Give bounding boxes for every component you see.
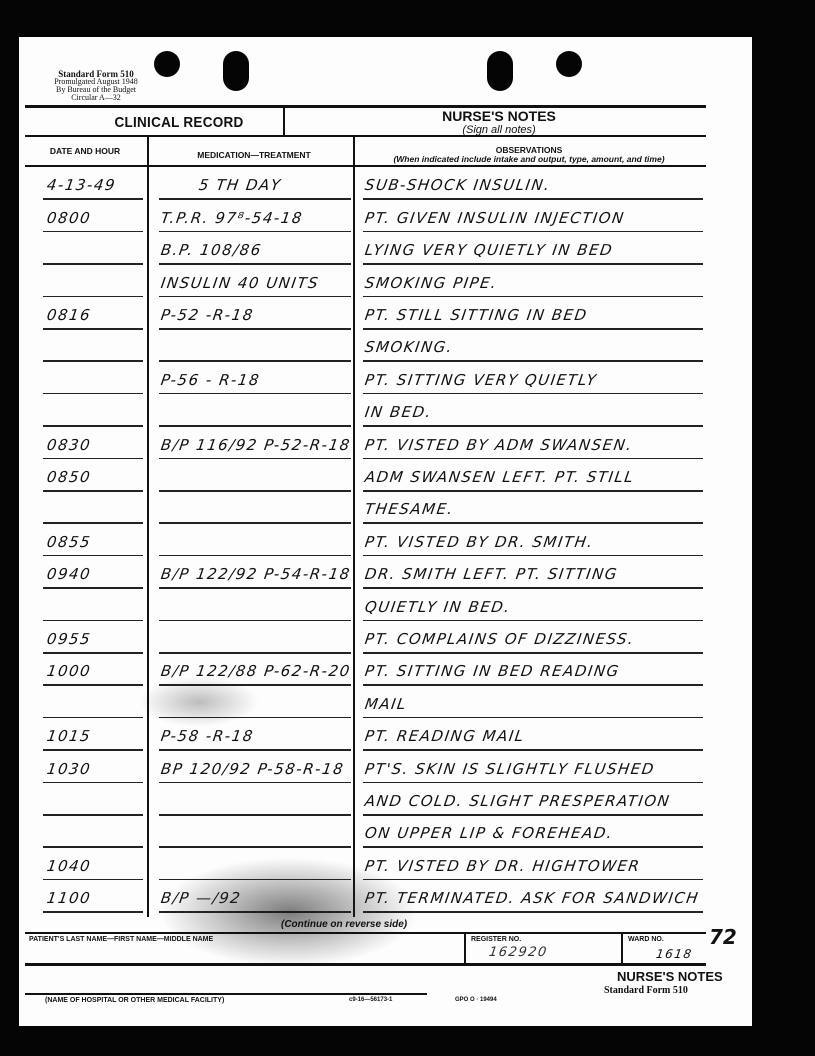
footer-mid-rule <box>25 963 706 966</box>
form-identifier: Standard Form 510 Promulgated August 194… <box>41 70 151 102</box>
row-rule <box>43 328 143 330</box>
row-observation: PT. SITTING IN BED READING <box>364 662 621 680</box>
row-rule <box>43 652 143 654</box>
row-observation: PT. VISTED BY DR. SMITH. <box>364 533 595 551</box>
row-rule <box>159 231 351 233</box>
row-rule <box>159 814 351 816</box>
row-observation: PT. COMPLAINS OF DIZZINESS. <box>364 630 636 648</box>
row-rule <box>43 684 143 686</box>
row-rule <box>43 393 143 395</box>
row-rule <box>43 587 143 589</box>
row-time: 0830 <box>46 436 93 454</box>
row-rule <box>43 846 143 848</box>
row-rule <box>159 749 351 751</box>
row-rule <box>363 360 703 362</box>
row-observation: PT. GIVEN INSULIN INJECTION <box>364 209 626 227</box>
header-divider <box>283 106 285 137</box>
row-medication: B/P 116/92 P-52-R-18 <box>160 436 352 454</box>
row-rule <box>159 587 351 589</box>
hospital-label: (NAME OF HOSPITAL OR OTHER MEDICAL FACIL… <box>45 997 224 1004</box>
row-rule <box>159 425 351 427</box>
row-observation: SMOKING. <box>364 338 455 356</box>
row-rule <box>43 782 143 784</box>
row-observation: SUB-SHOCK INSULIN. <box>364 176 552 194</box>
row-rule <box>363 393 703 395</box>
row-rule <box>159 846 351 848</box>
row-rule <box>363 522 703 524</box>
ward-value: 1618 <box>655 947 694 961</box>
observations-note: (When indicated include intake and outpu… <box>359 155 699 164</box>
scan-smudge <box>139 677 259 727</box>
row-observation: DR. SMITH LEFT. PT. SITTING <box>364 565 620 583</box>
row-observation: SMOKING PIPE. <box>364 274 499 292</box>
row-rule <box>43 296 143 298</box>
row-rule <box>159 296 351 298</box>
row-rule <box>363 555 703 557</box>
row-observation: PT. STILL SITTING IN BED <box>364 306 589 324</box>
register-label: REGISTER NO. <box>471 936 521 943</box>
row-observation: LYING VERY QUIETLY IN BED <box>364 241 615 259</box>
row-observation: ADM SWANSEN LEFT. PT. STILL <box>364 468 636 486</box>
patient-name-label: PATIENT'S LAST NAME—FIRST NAME—MIDDLE NA… <box>29 936 213 943</box>
row-observation: PT'S. SKIN IS SLIGHTLY FLUSHED <box>364 760 656 778</box>
row-observation: AND COLD. SLIGHT PRESPERATION <box>364 792 672 810</box>
register-divider <box>464 933 466 963</box>
row-medication: P-58 -R-18 <box>160 727 255 745</box>
row-rule <box>43 879 143 881</box>
row-rule <box>159 782 351 784</box>
row-rule <box>43 555 143 557</box>
date-column-divider <box>147 137 149 917</box>
footer-form-number: Standard Form 510 <box>604 985 688 996</box>
row-medication: BP 120/92 P-58-R-18 <box>160 760 346 778</box>
row-rule <box>363 814 703 816</box>
row-medication: T.P.R. 97⁸-54-18 <box>160 209 304 227</box>
row-rule <box>363 328 703 330</box>
clinical-record-page: Standard Form 510 Promulgated August 194… <box>19 37 752 1026</box>
punch-hole-icon <box>556 51 582 77</box>
row-rule <box>159 263 351 265</box>
row-rule <box>363 425 703 427</box>
row-time: 1015 <box>46 727 93 745</box>
ward-divider <box>621 933 623 963</box>
row-observation: QUIETLY IN BED. <box>364 598 512 616</box>
circular-label: Circular A—32 <box>41 94 151 102</box>
row-rule <box>43 911 143 913</box>
row-medication: INSULIN 40 UNITS <box>160 274 321 292</box>
row-rule <box>363 263 703 265</box>
row-rule <box>159 490 351 492</box>
row-time: 0816 <box>46 306 93 324</box>
row-time: 4-13-49 <box>46 176 118 194</box>
row-observation: PT. VISTED BY ADM SWANSEN. <box>364 436 634 454</box>
row-rule <box>363 458 703 460</box>
row-rule <box>159 198 351 200</box>
row-rule <box>363 652 703 654</box>
row-observation: PT. SITTING VERY QUIETLY <box>364 371 599 389</box>
row-rule <box>159 652 351 654</box>
hospital-rule <box>25 993 427 995</box>
row-time: 0850 <box>46 468 93 486</box>
row-observation: MAIL <box>364 695 409 713</box>
row-rule <box>363 749 703 751</box>
row-rule <box>363 620 703 622</box>
observations-header: OBSERVATIONS (When indicated include int… <box>359 146 699 164</box>
row-rule <box>363 198 703 200</box>
row-rule <box>363 296 703 298</box>
row-time: 0855 <box>46 533 93 551</box>
sign-all-notes-label: (Sign all notes) <box>399 124 599 136</box>
row-observation: IN BED. <box>364 403 434 421</box>
row-time: 0940 <box>46 565 93 583</box>
row-rule <box>159 555 351 557</box>
punch-hole-icon <box>487 51 513 91</box>
row-rule <box>363 782 703 784</box>
row-time: 1030 <box>46 760 93 778</box>
row-rule <box>43 425 143 427</box>
row-rule <box>43 814 143 816</box>
gpo-code: GPO O · 19494 <box>455 997 497 1003</box>
row-time: 1000 <box>46 662 93 680</box>
row-rule <box>363 717 703 719</box>
print-code: c9-16—56173-1 <box>349 997 392 1003</box>
row-rule <box>159 360 351 362</box>
page-number: 72 <box>709 925 737 949</box>
medication-header: MEDICATION—TREATMENT <box>154 151 354 160</box>
row-rule <box>43 198 143 200</box>
scan-smudge <box>159 857 419 967</box>
row-rule <box>159 393 351 395</box>
header-bottom-rule <box>25 135 706 137</box>
row-rule <box>159 328 351 330</box>
register-value: 162920 <box>488 945 549 960</box>
row-medication: P-56 - R-18 <box>160 371 262 389</box>
row-rule <box>43 620 143 622</box>
row-medication: B.P. 108/86 <box>160 241 263 259</box>
row-observation: ON UPPER LIP & FOREHEAD. <box>364 824 615 842</box>
footer-form-name: NURSE'S NOTES <box>617 969 723 984</box>
row-medication: B/P 122/92 P-54-R-18 <box>160 565 352 583</box>
row-rule <box>43 360 143 362</box>
row-rule <box>363 846 703 848</box>
header-top-rule <box>25 105 706 108</box>
row-rule <box>43 458 143 460</box>
clinical-record-title: CLINICAL RECORD <box>89 114 269 131</box>
row-rule <box>159 620 351 622</box>
row-rule <box>159 522 351 524</box>
row-time: 1100 <box>46 889 93 907</box>
punch-hole-icon <box>223 51 249 91</box>
date-hour-header: DATE AND HOUR <box>45 147 125 156</box>
row-rule <box>43 263 143 265</box>
row-rule <box>363 684 703 686</box>
row-time: 0955 <box>46 630 93 648</box>
row-rule <box>363 587 703 589</box>
row-observation: THESAME. <box>364 500 455 518</box>
row-rule <box>43 490 143 492</box>
row-rule <box>43 749 143 751</box>
row-rule <box>363 879 703 881</box>
row-rule <box>159 458 351 460</box>
row-observation: PT. VISTED BY DR. HIGHTOWER <box>364 857 642 875</box>
row-observation: PT. READING MAIL <box>364 727 526 745</box>
punch-hole-icon <box>154 51 180 77</box>
row-rule <box>43 522 143 524</box>
row-time: 0800 <box>46 209 93 227</box>
row-rule <box>363 490 703 492</box>
ward-label: WARD NO. <box>628 936 664 943</box>
continue-note: (Continue on reverse side) <box>281 919 407 930</box>
nurses-notes-title: NURSE'S NOTES <box>399 108 599 124</box>
row-rule <box>43 717 143 719</box>
row-rule <box>363 231 703 233</box>
footer-top-rule <box>25 932 706 934</box>
medication-column-divider <box>353 137 355 917</box>
column-header-rule <box>25 165 706 167</box>
row-rule <box>43 231 143 233</box>
row-time: 1040 <box>46 857 93 875</box>
row-medication: P-52 -R-18 <box>160 306 255 324</box>
row-medication: 5 TH DAY <box>198 176 283 194</box>
